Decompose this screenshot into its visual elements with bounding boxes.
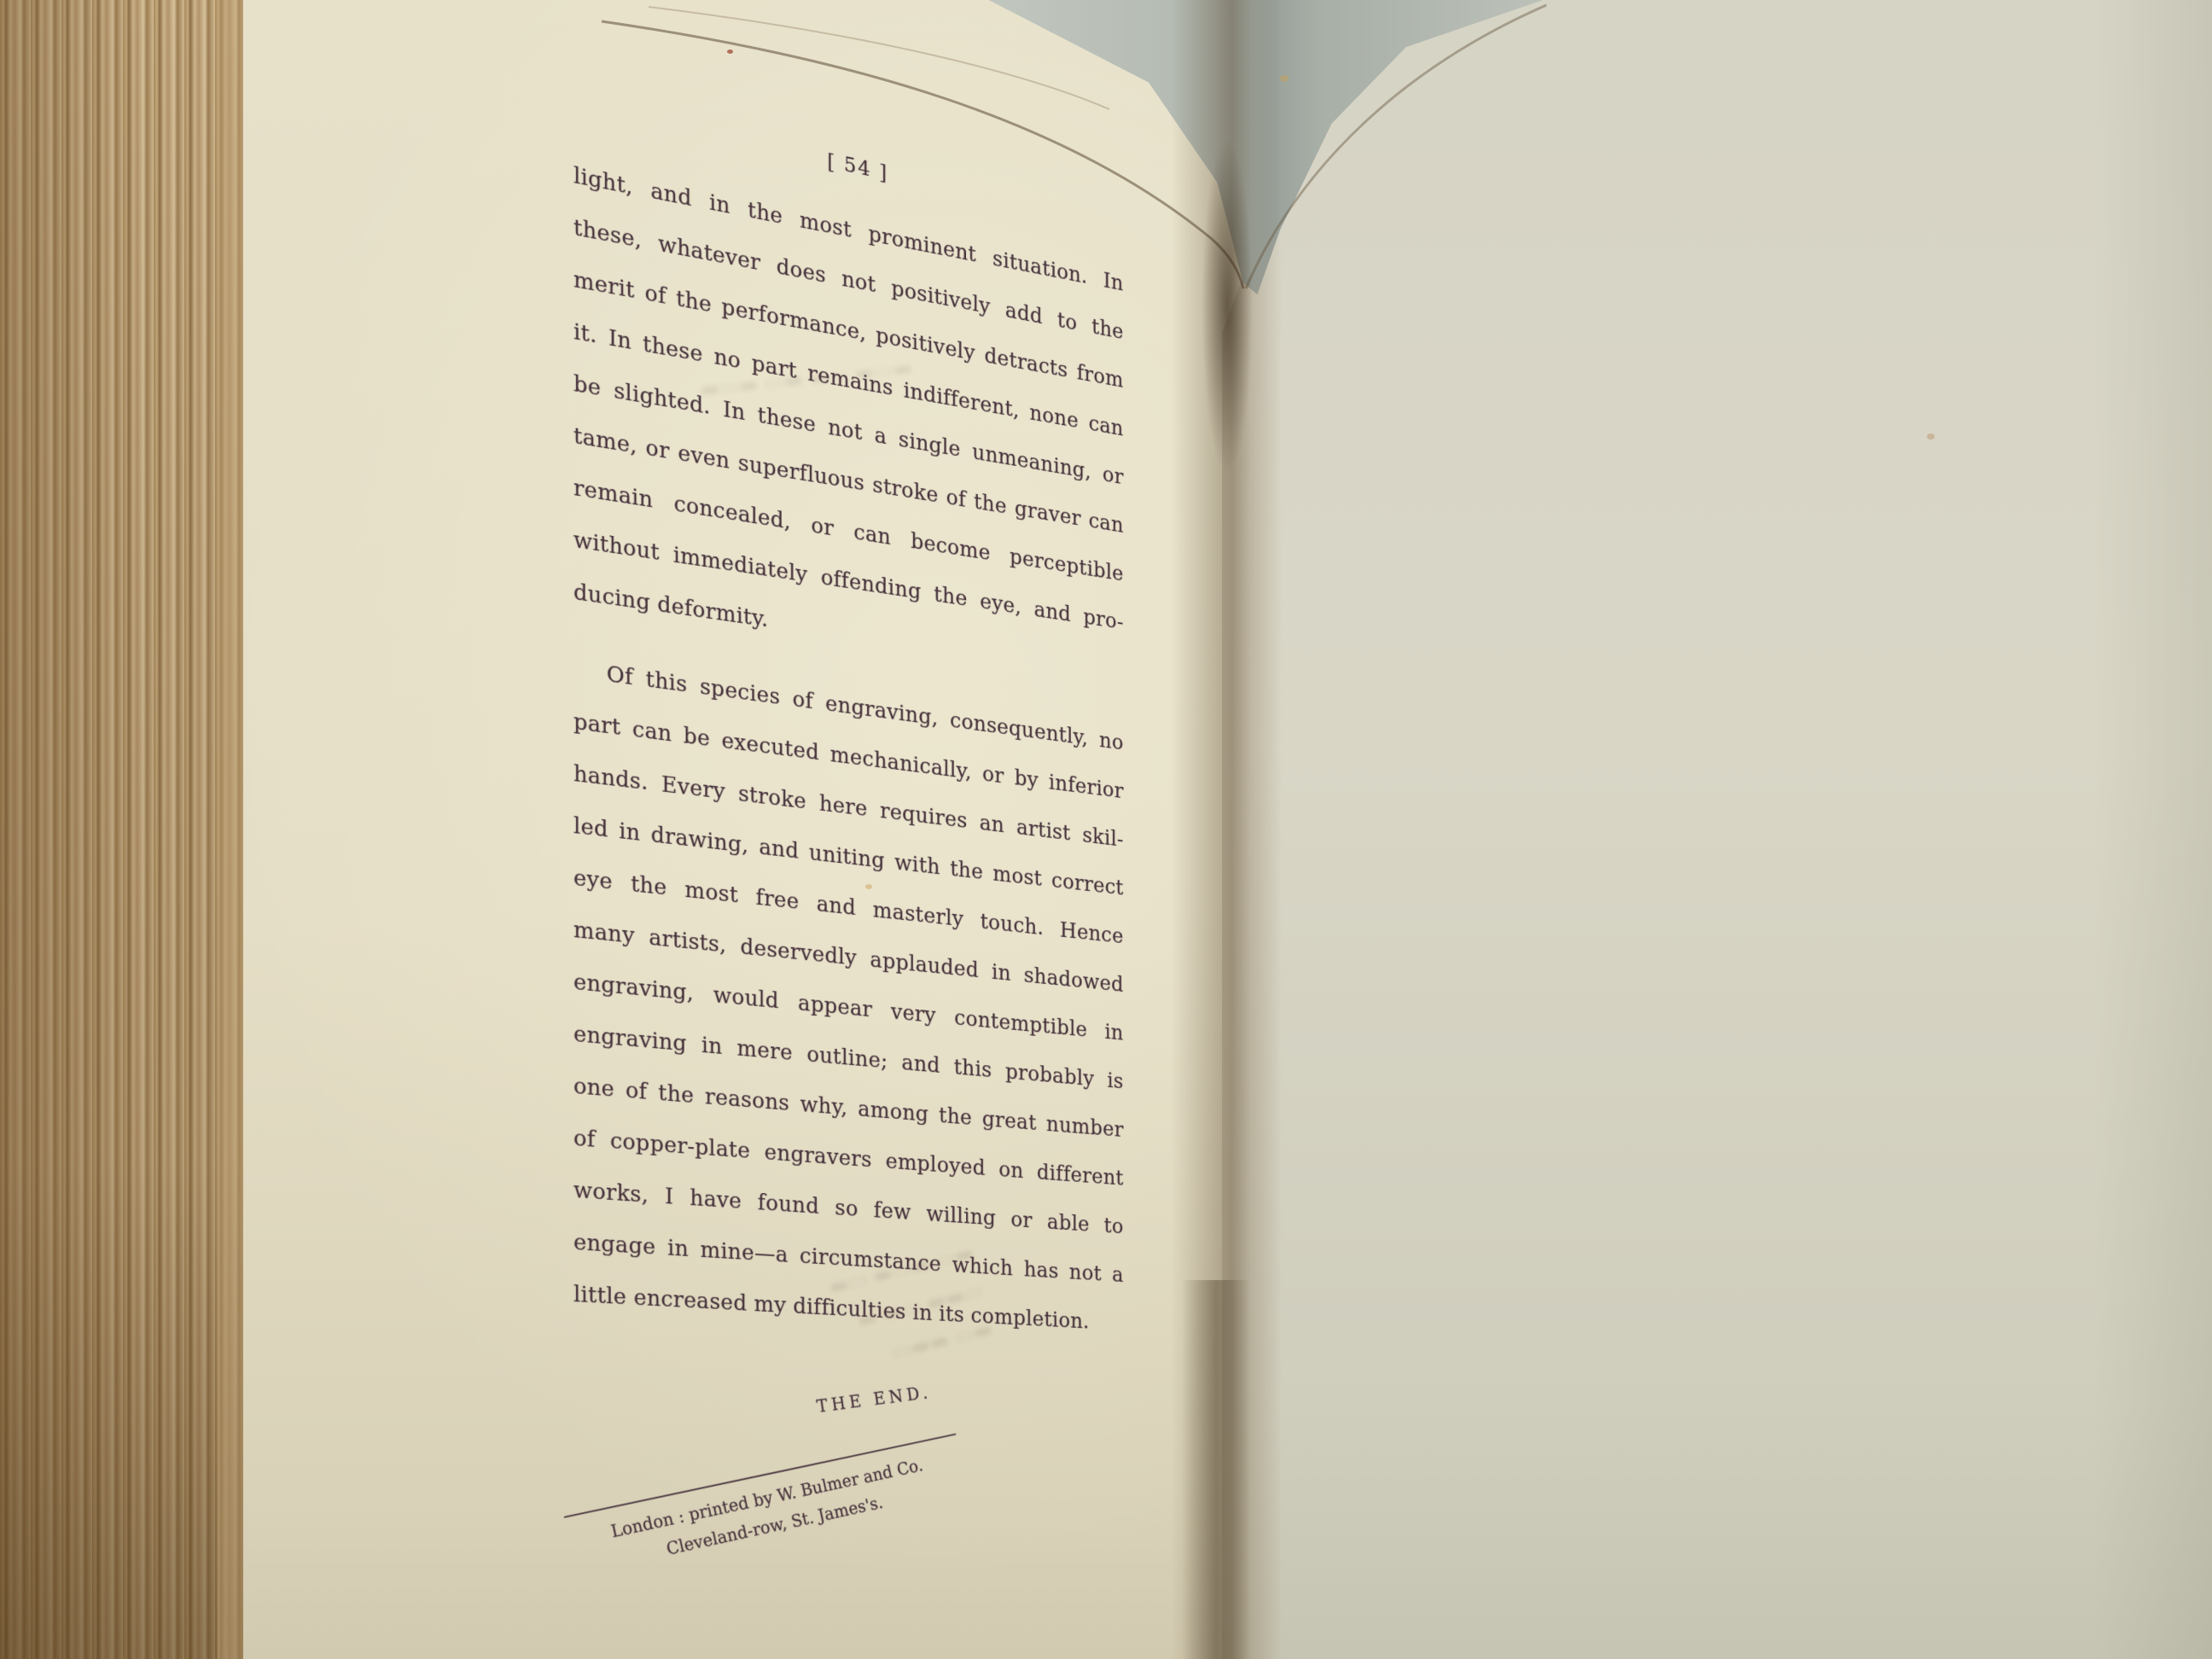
gutter-shadow-bottom	[1182, 1280, 1250, 1659]
right-page	[1222, 0, 2212, 1659]
text-block-paragraphs: light, and in the most prominent situati…	[573, 149, 1158, 1349]
stain-speck	[727, 49, 733, 54]
paragraph: Of this species of engraving, consequent…	[573, 643, 1124, 1348]
stain-speck	[1927, 434, 1935, 439]
printed-page-text: [ 54 ] light, and in the most prominent …	[573, 96, 1158, 1548]
stain-speck	[1280, 75, 1289, 82]
paragraph: light, and in the most prominent situati…	[573, 149, 1124, 696]
the-end-label: THE END.	[815, 1365, 1064, 1417]
gutter-shadow-top	[1193, 128, 1261, 572]
book-photo: ▬▭▬ ▭▬ ▬▭ ▬▭▬ ▬▭ ▬▭▬ ▭▬ ▭▬▬ ▭▬ ▬ ▬▭ ▬▬▭ …	[0, 0, 2212, 1659]
stain-speck	[865, 884, 872, 889]
